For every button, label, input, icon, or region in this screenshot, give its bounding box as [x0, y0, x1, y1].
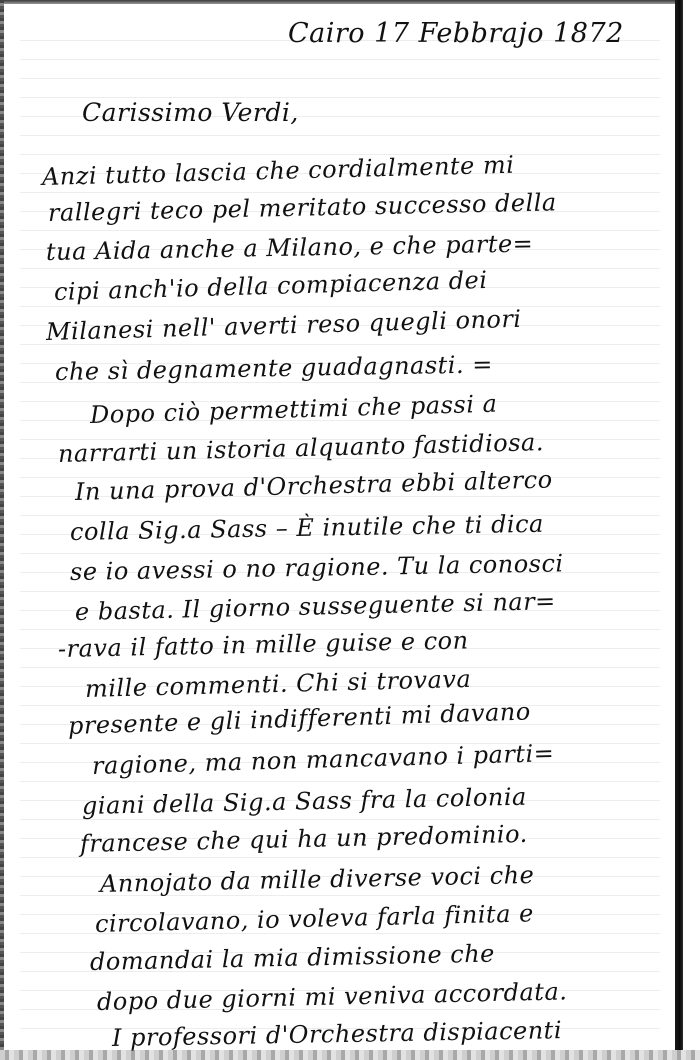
- letter-line: ragione, ma non mancavano i parti=: [92, 739, 555, 780]
- letter-scan: Cairo 17 Febbrajo 1872 Carissimo Verdi, …: [0, 0, 700, 1060]
- letter-line: giani della Sig.a Sass fra la colonia: [82, 783, 527, 820]
- letter-line: francese che qui ha un predominio.: [80, 820, 528, 858]
- letter-line: Dopo ciò permettimi che passi a: [90, 390, 498, 429]
- letter-line: che sì degnamente guadagnasti. =: [55, 350, 493, 386]
- paper-ruling: [20, 59, 660, 60]
- letter-line: dopo due giorni mi veniva accordata.: [97, 977, 568, 1016]
- letter-line: Annojato da mille diverse voci che: [100, 861, 535, 898]
- letter-line: tua Aida anche a Milano, e che parte=: [46, 229, 534, 266]
- paper-ruling: [20, 743, 660, 744]
- letter-line: narrarti un istoria alquanto fastidiosa.: [58, 428, 545, 468]
- letter-line: Milanesi nell' averti reso quegli onori: [46, 305, 522, 346]
- letter-line: se io avessi o no ragione. Tu la conosci: [70, 549, 564, 586]
- letter-line: I professori d'Orchestra dispiacenti: [112, 1016, 562, 1052]
- paper-ruling: [20, 306, 660, 307]
- letter-line: -rava il fatto in mille guise e con: [58, 626, 469, 663]
- paper-edge-shadow-right: [675, 0, 683, 1060]
- letter-line: e basta. Il giorno susseguente si nar=: [75, 587, 556, 626]
- letter-line: mille commenti. Chi si trovava: [85, 665, 472, 703]
- paper-ruling: [20, 230, 660, 231]
- letter-line: rallegri teco pel meritato successo dell…: [48, 188, 557, 227]
- paper-ruling: [20, 344, 660, 345]
- scan-edge-bottom: [0, 1050, 700, 1060]
- scan-edge-left: [0, 0, 4, 1060]
- letter-salutation: Carissimo Verdi,: [82, 98, 299, 127]
- paper-ruling: [20, 78, 660, 79]
- paper-ruling: [20, 781, 660, 782]
- scan-edge-top: [0, 0, 700, 4]
- letter-line: cipi anch'io della compiacenza dei: [54, 266, 488, 306]
- paper-ruling: [20, 135, 660, 136]
- letter-line: Anzi tutto lascia che cordialmente mi: [42, 151, 515, 191]
- letter-place-date: Cairo 17 Febbrajo 1872: [288, 18, 624, 49]
- paper-ruling: [20, 268, 660, 269]
- letter-line: In una prova d'Orchestra ebbi alterco: [75, 465, 553, 505]
- letter-line: presente e gli indifferenti mi davano: [68, 697, 532, 740]
- scan-margin-right: [683, 0, 700, 1060]
